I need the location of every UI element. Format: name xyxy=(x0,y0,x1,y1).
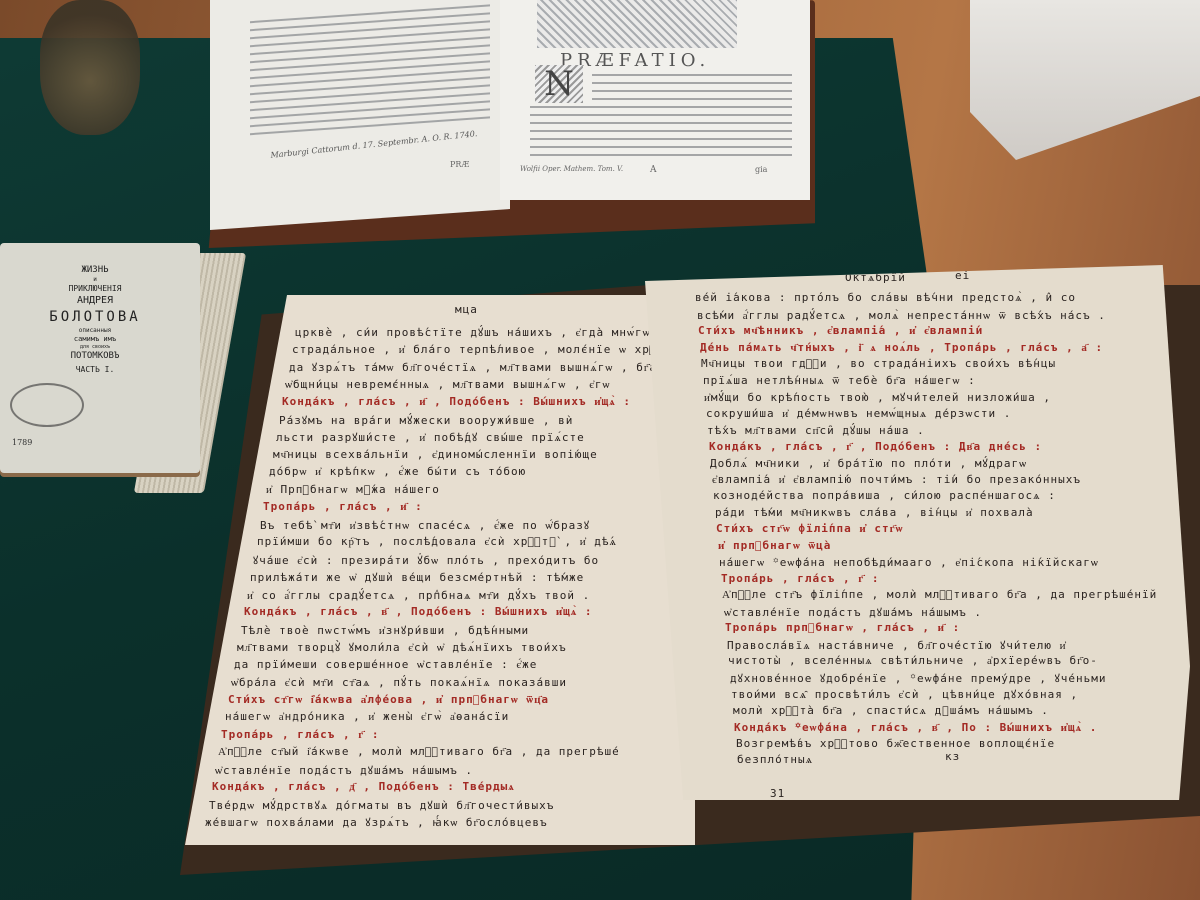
manuscript-line: црквѐ , си́и провѣ́стїте дꙋ́шъ на́шихъ ,… xyxy=(295,325,658,340)
latin-book: PRÆFATIO. N Wolfii Oper. Mathem. Tom. V.… xyxy=(190,0,815,248)
title-line: ПОТОМКОВЪ xyxy=(5,351,185,361)
manuscript-line: на́шегѡ ꙳еѡфа́на непобѣди́мааго , е҆пі́с… xyxy=(719,555,1099,570)
manuscript-line: ѡ҆ставле́нїе пода́стъ дꙋша́мъ на́шымъ . xyxy=(215,763,473,778)
manuscript-line: Конда́къ , гла́съ , и҃ , Подо́бенъ : Вы́… xyxy=(282,395,631,408)
woodcut-illustration xyxy=(537,0,737,48)
manuscript-line: прїѧ́ша нетлѣ́нныѧ ѿ тебѐ бг҃а на́шегѡ : xyxy=(703,374,976,387)
manuscript-line: Въ тебѣ̀ мт҃и и҆звѣ́стнѡ спасе́сѧ , є҆́ж… xyxy=(260,518,590,533)
title-line: и xyxy=(5,276,185,283)
title-page: ЖИЗНЬ и ПРИКЛЮЧЕНІЯ АНДРЕЯ БОЛОТОВА опис… xyxy=(0,243,200,473)
right-page: PRÆFATIO. N Wolfii Oper. Mathem. Tom. V.… xyxy=(500,0,810,200)
manuscript-line: Мч҃ницы твои гдⷭ҇и , во страда́ніихъ сво… xyxy=(701,357,1056,370)
manuscript-line: ѡ҆бщни́цы невремє́нныѧ , мл҃твами вышнѧ́… xyxy=(285,378,611,391)
part-number: ЧАСТЬ I. xyxy=(5,365,185,374)
manuscript-line: Ра́зꙋмъ на вра́ги мꙋ́жески вооружи́вше ,… xyxy=(279,413,573,428)
manuscript-line: Де́нь па́мѧть ч҃тн́ыхъ , і҃ ѧ ноѧ́ль , Т… xyxy=(700,341,1103,354)
left-catchword: PRÆ xyxy=(450,160,469,169)
manuscript-line: ꙋча́ше є҆сѝ : презира́ти ꙋ҆́бѡ пло́ть , … xyxy=(253,553,599,568)
manuscript-line: мл҃твами творцꙋ̀ ꙋмоли́ла є҆сѝ ѡ҆ дѣѧ́нї… xyxy=(237,640,567,655)
church-slavonic-manuscript: мца црквѐ , си́и провѣ́стїте дꙋ́шъ на́ши… xyxy=(180,265,1200,875)
left-page xyxy=(210,0,510,230)
title-line: ЖИЗНЬ xyxy=(5,265,185,275)
text-block xyxy=(530,100,792,162)
manuscript-right-page: Октѧбрїй еі кз 31 ве́й і́аковa : пртóлъ … xyxy=(645,265,1190,800)
signature-mark: A xyxy=(650,165,657,175)
text-block xyxy=(250,0,490,141)
title-line: описанныя xyxy=(5,327,185,334)
page-number: еі xyxy=(955,269,970,282)
vignette-ornament xyxy=(10,383,84,427)
manuscript-line: твои́ми всѧ̑ просвѣти́лъ є҆сѝ , цѣвни́це… xyxy=(731,687,1078,702)
manuscript-line: Тропа́рь прпⷣбнагѡ , гла́съ , и҃ : xyxy=(725,621,960,634)
manuscript-line: Тропа́рь , гла́съ , г҃ : xyxy=(221,728,379,741)
title-line: БОЛОТОВА xyxy=(5,309,185,325)
manuscript-line: Доблѧ́ мч҃ники , и҆ бра́тїю по пло́ти , … xyxy=(710,456,1027,471)
title-line: АНДРЕЯ xyxy=(5,295,185,306)
catchword: gia xyxy=(755,165,767,174)
page-header: мца xyxy=(455,303,478,316)
title-line: ПРИКЛЮЧЕНІЯ xyxy=(5,284,185,293)
manuscript-line: всѣ́ми а҆́гглы радꙋ́етсѧ , молѧ̀ непрест… xyxy=(697,308,1106,323)
manuscript-line: ѡ҆ставле́нїе пода́стъ дꙋша́мъ на́шымъ . xyxy=(724,605,982,620)
manuscript-line: ра́ди тѣ́ми мч҃никѡвъ сла́ва , ві́нцы и҆… xyxy=(715,506,1034,519)
drop-cap: N xyxy=(535,65,583,103)
page-header: Октѧбрїй xyxy=(845,271,906,284)
manuscript-line: Сти́хъ мч҃ѣнникъ , є҆влампі́а , и҆ є҆вла… xyxy=(698,324,983,337)
manuscript-line: Правосла́вїѧ наста́вниче , бл҃гоче́стїю … xyxy=(727,638,1067,653)
manuscript-line: да ꙋзрѧ́тъ та́мѡ бл҃гоче́стїѧ , мл҃твами… xyxy=(289,360,657,375)
manuscript-line: Тропа́рь , гла́съ , г҃ : xyxy=(721,572,879,585)
manuscript-line: ѡ҆бра́ла є҆сѝ мт҃и ст҃аѧ , пꙋ́ть покаѧ́н… xyxy=(231,675,567,690)
manuscript-line: А҆пⷭ҇ле стг҃ъ фїлі́ппе , молѝ млⷭ҇тиваго… xyxy=(722,588,1157,601)
manuscript-line: Тропа́рь , гла́съ , и҃ : xyxy=(263,500,423,513)
manuscript-line: тѣ́хъ мл҃твами сп҃си̑ дꙋ́шы на́ша . xyxy=(707,423,925,438)
manuscript-line: безпло́тныѧ xyxy=(737,753,813,766)
manuscript-line: льсти разрꙋши́сте , и҆ побѣ́дꙋ свы́ше пр… xyxy=(276,430,585,445)
manuscript-line: и҆ Прпⷣбнагѡ мꙋ́жа на́шего xyxy=(266,483,440,496)
manuscript-line: же́вшагѡ похва́лами да ꙋзрѧ́тъ , ꙗ҆́кѡ б… xyxy=(205,815,548,830)
manuscript-line: на́шегѡ а҆ндро́ника , и҆ жены̀ є҆гѡ̀ а҆ѳ… xyxy=(225,710,509,723)
manuscript-line: прїи́мши бо кр҇тъ , послѣ́довала є҆сѝ хр… xyxy=(257,535,617,548)
manuscript-line: да прїи́меши соверше́нное ѡ҆ставле́нїе :… xyxy=(234,658,537,671)
title-line: для своихъ xyxy=(5,344,185,350)
bottom-number: 31 xyxy=(770,787,785,800)
manuscript-line: мч҃ницы всехва́льнїи , є҆диномы́сленнїи … xyxy=(273,448,598,461)
manuscript-line: и҆мꙋ́щи бо крѣ́пость твою̀ , мꙋчи́телей … xyxy=(704,390,1051,405)
manuscript-line: Тѣлѐ твоѐ пѡстѡ́мъ и҆знꙋри́вши , бдѣ́нны… xyxy=(241,623,529,638)
manuscript-line: є҆влампі́а и҆ є҆влампі́ю почти́мъ : ті́и… xyxy=(712,473,1081,486)
manuscript-line: до́брѡ и҆ крѣ́пкѡ , є҆́же бы́ти съ то́бо… xyxy=(269,465,526,478)
manuscript-line: прилѣжа́ти же ѡ҆ дꙋшѝ ве́щи безсме́ртнѣй… xyxy=(250,570,584,585)
folio-number: кз xyxy=(945,750,960,763)
manuscript-line: Конда́къ ꙳еѡфа́на , гла́съ , в҃ , По : В… xyxy=(734,720,1097,735)
manuscript-line: сокруши́ша и҆ де́мѡнѡвъ немѡ́щныѧ де́рзѡ… xyxy=(706,407,1011,420)
manuscript-line: Тве́рдѡ мꙋ́дрствꙋѧ до́гматы въ дꙋшѝ бл҃г… xyxy=(209,798,554,813)
manuscript-line: А҆пⷭ҇ле ст҃ый і҆а́кѡве , молѝ млⷭ҇тиваго… xyxy=(218,745,618,758)
manuscript-line: молѝ хрⷭ҇та̀ бг҃а , спасти́сѧ дꙋша́мъ на… xyxy=(733,704,1049,717)
manuscript-line: козноде́йства попра́виша , си́лою распе́… xyxy=(713,489,1056,502)
title-line: самимъ имъ xyxy=(5,335,185,343)
manuscript-line: и҆ прпⷣбнагѡ ѿца̀ xyxy=(718,539,831,552)
manuscript-line: Сти́хъ стг҃ѡ фїлі́ппа и҆ стг҃ѡ xyxy=(716,522,903,535)
manuscript-line: дꙋхнове́нное ꙋдобре́нїе , ꙳еѡфа́не прему… xyxy=(730,671,1106,686)
manuscript-line: и҆ со а҆́гглы срадꙋ́етсѧ , прпⷣбнаѧ мт҃и… xyxy=(247,588,590,603)
manuscript-line: Возгремѣ́въ хрⷭ҇тово бж҃ественное воплощ… xyxy=(736,737,1055,750)
manuscript-line: Конда́къ , гла́съ , г҃ , Подо́бенъ : Дв҃… xyxy=(709,440,1042,453)
publication-year: 1789 xyxy=(12,438,32,447)
manuscript-line: Конда́къ , гла́съ , д҃ , Подо́бенъ : Тве… xyxy=(212,780,515,793)
glass-flask xyxy=(40,0,140,135)
manuscript-line: Сти́хъ ст҃гѡ і҆а́кѡва а҆лфе́ова , и҆ прп… xyxy=(228,693,549,706)
manuscript-line: ве́й і́аковa : пртóлъ бо слáвы вѣ́чни пр… xyxy=(695,291,1076,304)
manuscript-line: чистоты̀ , вселе́нныѧ свѣти́льниче , а҆р… xyxy=(728,654,1098,667)
manuscript-line: страда́льное , и҆ бла́го терпѣ́ливое , м… xyxy=(292,343,692,356)
page-footer: Wolfii Oper. Mathem. Tom. V. xyxy=(520,165,623,173)
manuscript-line: Конда́къ , гла́съ , в҃ , Подо́бенъ : Вы́… xyxy=(244,605,593,618)
photo-scene: PRÆFATIO. N Wolfii Oper. Mathem. Tom. V.… xyxy=(0,0,1200,900)
